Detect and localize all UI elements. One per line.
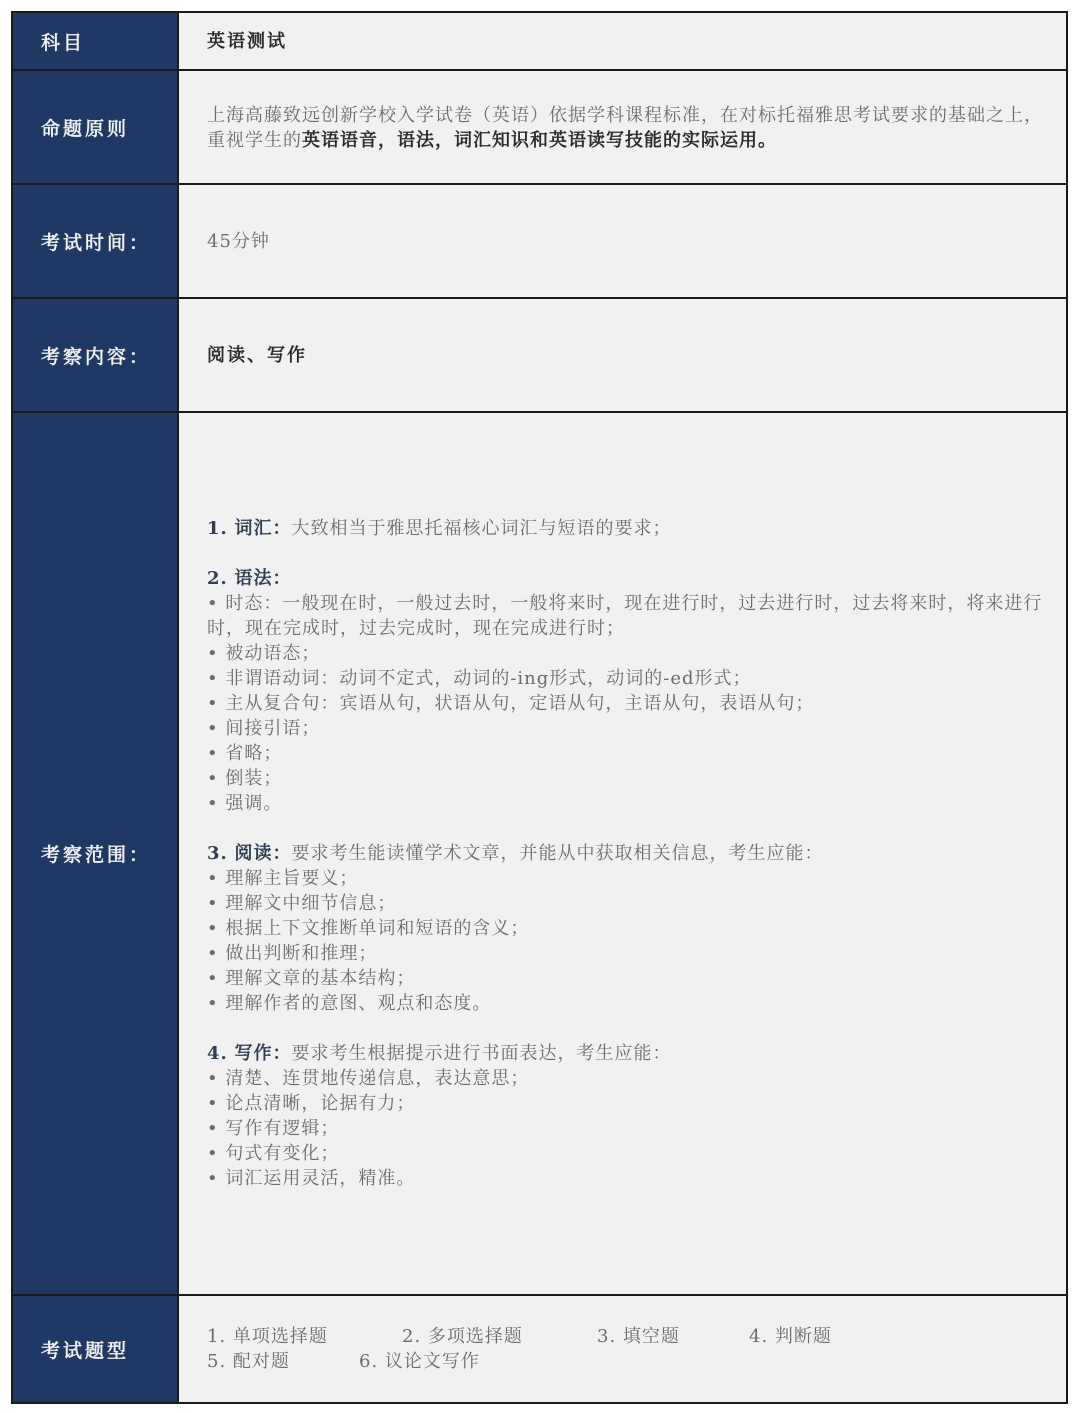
section-title: 语法：: [235, 568, 292, 589]
section-title: 词汇：: [235, 518, 292, 539]
principle-text-bold: 英语语音，语法，词汇知识和英语读写技能的实际运用。: [302, 130, 777, 151]
scope-section-vocabulary: 1. 词汇：大致相当于雅思托福核心词汇与短语的要求；: [207, 516, 1052, 541]
scope-section-writing: 4. 写作：要求考生根据提示进行书面表达，考生应能： 清楚、连贯地传递信息，表达…: [207, 1041, 1052, 1191]
label-principle: 命题原则: [13, 71, 179, 183]
section-number: 4.: [207, 1043, 228, 1064]
row-question-types: 考试题型 1. 单项选择题 2. 多项选择题 3. 填空题 4. 判断题 5. …: [13, 1296, 1066, 1402]
list-item: 省略；: [207, 741, 1052, 766]
row-principle: 命题原则 上海高藤致远创新学校入学试卷（英语）依据学科课程标准，在对标托福雅思考…: [13, 71, 1066, 185]
question-type-item: 6. 议论文写作: [359, 1349, 480, 1374]
question-type-list: 1. 单项选择题 2. 多项选择题 3. 填空题 4. 判断题 5. 配对题 6…: [207, 1324, 832, 1374]
list-item: 理解文章的基本结构；: [207, 966, 1052, 991]
list-item: 论点清晰，论据有力；: [207, 1091, 1052, 1116]
value-principle: 上海高藤致远创新学校入学试卷（英语）依据学科课程标准，在对标托福雅思考试要求的基…: [179, 71, 1066, 183]
question-type-item: 2. 多项选择题: [402, 1324, 597, 1349]
list-item: 理解作者的意图、观点和态度。: [207, 991, 1052, 1016]
question-type-item: 3. 填空题: [597, 1324, 749, 1349]
value-content: 阅读、写作: [179, 299, 1066, 411]
list-item: 强调。: [207, 791, 1052, 816]
section-desc: 要求考生能读懂学术文章，并能从中获取相关信息，考生应能：: [292, 843, 824, 864]
question-type-item: 1. 单项选择题: [207, 1324, 402, 1349]
section-title: 写作：: [235, 1043, 292, 1064]
section-title: 阅读：: [235, 843, 292, 864]
section-number: 2.: [207, 568, 228, 589]
value-duration: 45分钟: [179, 185, 1066, 297]
exam-info-table: 科目 英语测试 命题原则 上海高藤致远创新学校入学试卷（英语）依据学科课程标准，…: [11, 11, 1068, 1404]
list-item: 时态：一般现在时，一般过去时，一般将来时，现在进行时，过去进行时，过去将来时，将…: [207, 591, 1052, 641]
row-scope: 考察范围： 1. 词汇：大致相当于雅思托福核心词汇与短语的要求； 2. 语法： …: [13, 413, 1066, 1296]
list-item: 非谓语动词：动词不定式，动词的-ing形式，动词的-ed形式；: [207, 666, 1052, 691]
section-desc: 要求考生根据提示进行书面表达，考生应能：: [292, 1043, 672, 1064]
label-question-types: 考试题型: [13, 1296, 179, 1402]
list-item: 理解主旨要义；: [207, 866, 1052, 891]
list-item: 做出判断和推理；: [207, 941, 1052, 966]
principle-paragraph: 上海高藤致远创新学校入学试卷（英语）依据学科课程标准，在对标托福雅思考试要求的基…: [207, 101, 1052, 153]
section-number: 3.: [207, 843, 228, 864]
list-item: 根据上下文推断单词和短语的含义；: [207, 916, 1052, 941]
label-scope: 考察范围：: [13, 413, 179, 1294]
label-subject: 科目: [13, 13, 179, 69]
scope-section-reading: 3. 阅读：要求考生能读懂学术文章，并能从中获取相关信息，考生应能： 理解主旨要…: [207, 841, 1052, 1016]
label-content: 考察内容：: [13, 299, 179, 411]
list-item: 词汇运用灵活，精准。: [207, 1166, 1052, 1191]
section-number: 1.: [207, 518, 228, 539]
row-duration: 考试时间： 45分钟: [13, 185, 1066, 299]
row-subject: 科目 英语测试: [13, 13, 1066, 71]
list-item: 清楚、连贯地传递信息，表达意思；: [207, 1066, 1052, 1091]
list-item: 写作有逻辑；: [207, 1116, 1052, 1141]
list-item: 理解文中细节信息；: [207, 891, 1052, 916]
label-duration: 考试时间：: [13, 185, 179, 297]
list-item: 倒装；: [207, 766, 1052, 791]
value-subject: 英语测试: [179, 13, 1066, 69]
list-item: 句式有变化；: [207, 1141, 1052, 1166]
scope-section-grammar: 2. 语法： 时态：一般现在时，一般过去时，一般将来时，现在进行时，过去进行时，…: [207, 566, 1052, 816]
row-content: 考察内容： 阅读、写作: [13, 299, 1066, 413]
question-type-item: 4. 判断题: [749, 1324, 832, 1349]
section-desc: 大致相当于雅思托福核心词汇与短语的要求；: [292, 518, 672, 539]
question-type-item: 5. 配对题: [207, 1349, 359, 1374]
scope-sections: 1. 词汇：大致相当于雅思托福核心词汇与短语的要求； 2. 语法： 时态：一般现…: [207, 516, 1052, 1191]
value-question-types: 1. 单项选择题 2. 多项选择题 3. 填空题 4. 判断题 5. 配对题 6…: [179, 1296, 1066, 1402]
value-scope: 1. 词汇：大致相当于雅思托福核心词汇与短语的要求； 2. 语法： 时态：一般现…: [179, 413, 1066, 1294]
list-item: 间接引语；: [207, 716, 1052, 741]
list-item: 被动语态；: [207, 641, 1052, 666]
list-item: 主从复合句：宾语从句，状语从句，定语从句，主语从句，表语从句；: [207, 691, 1052, 716]
